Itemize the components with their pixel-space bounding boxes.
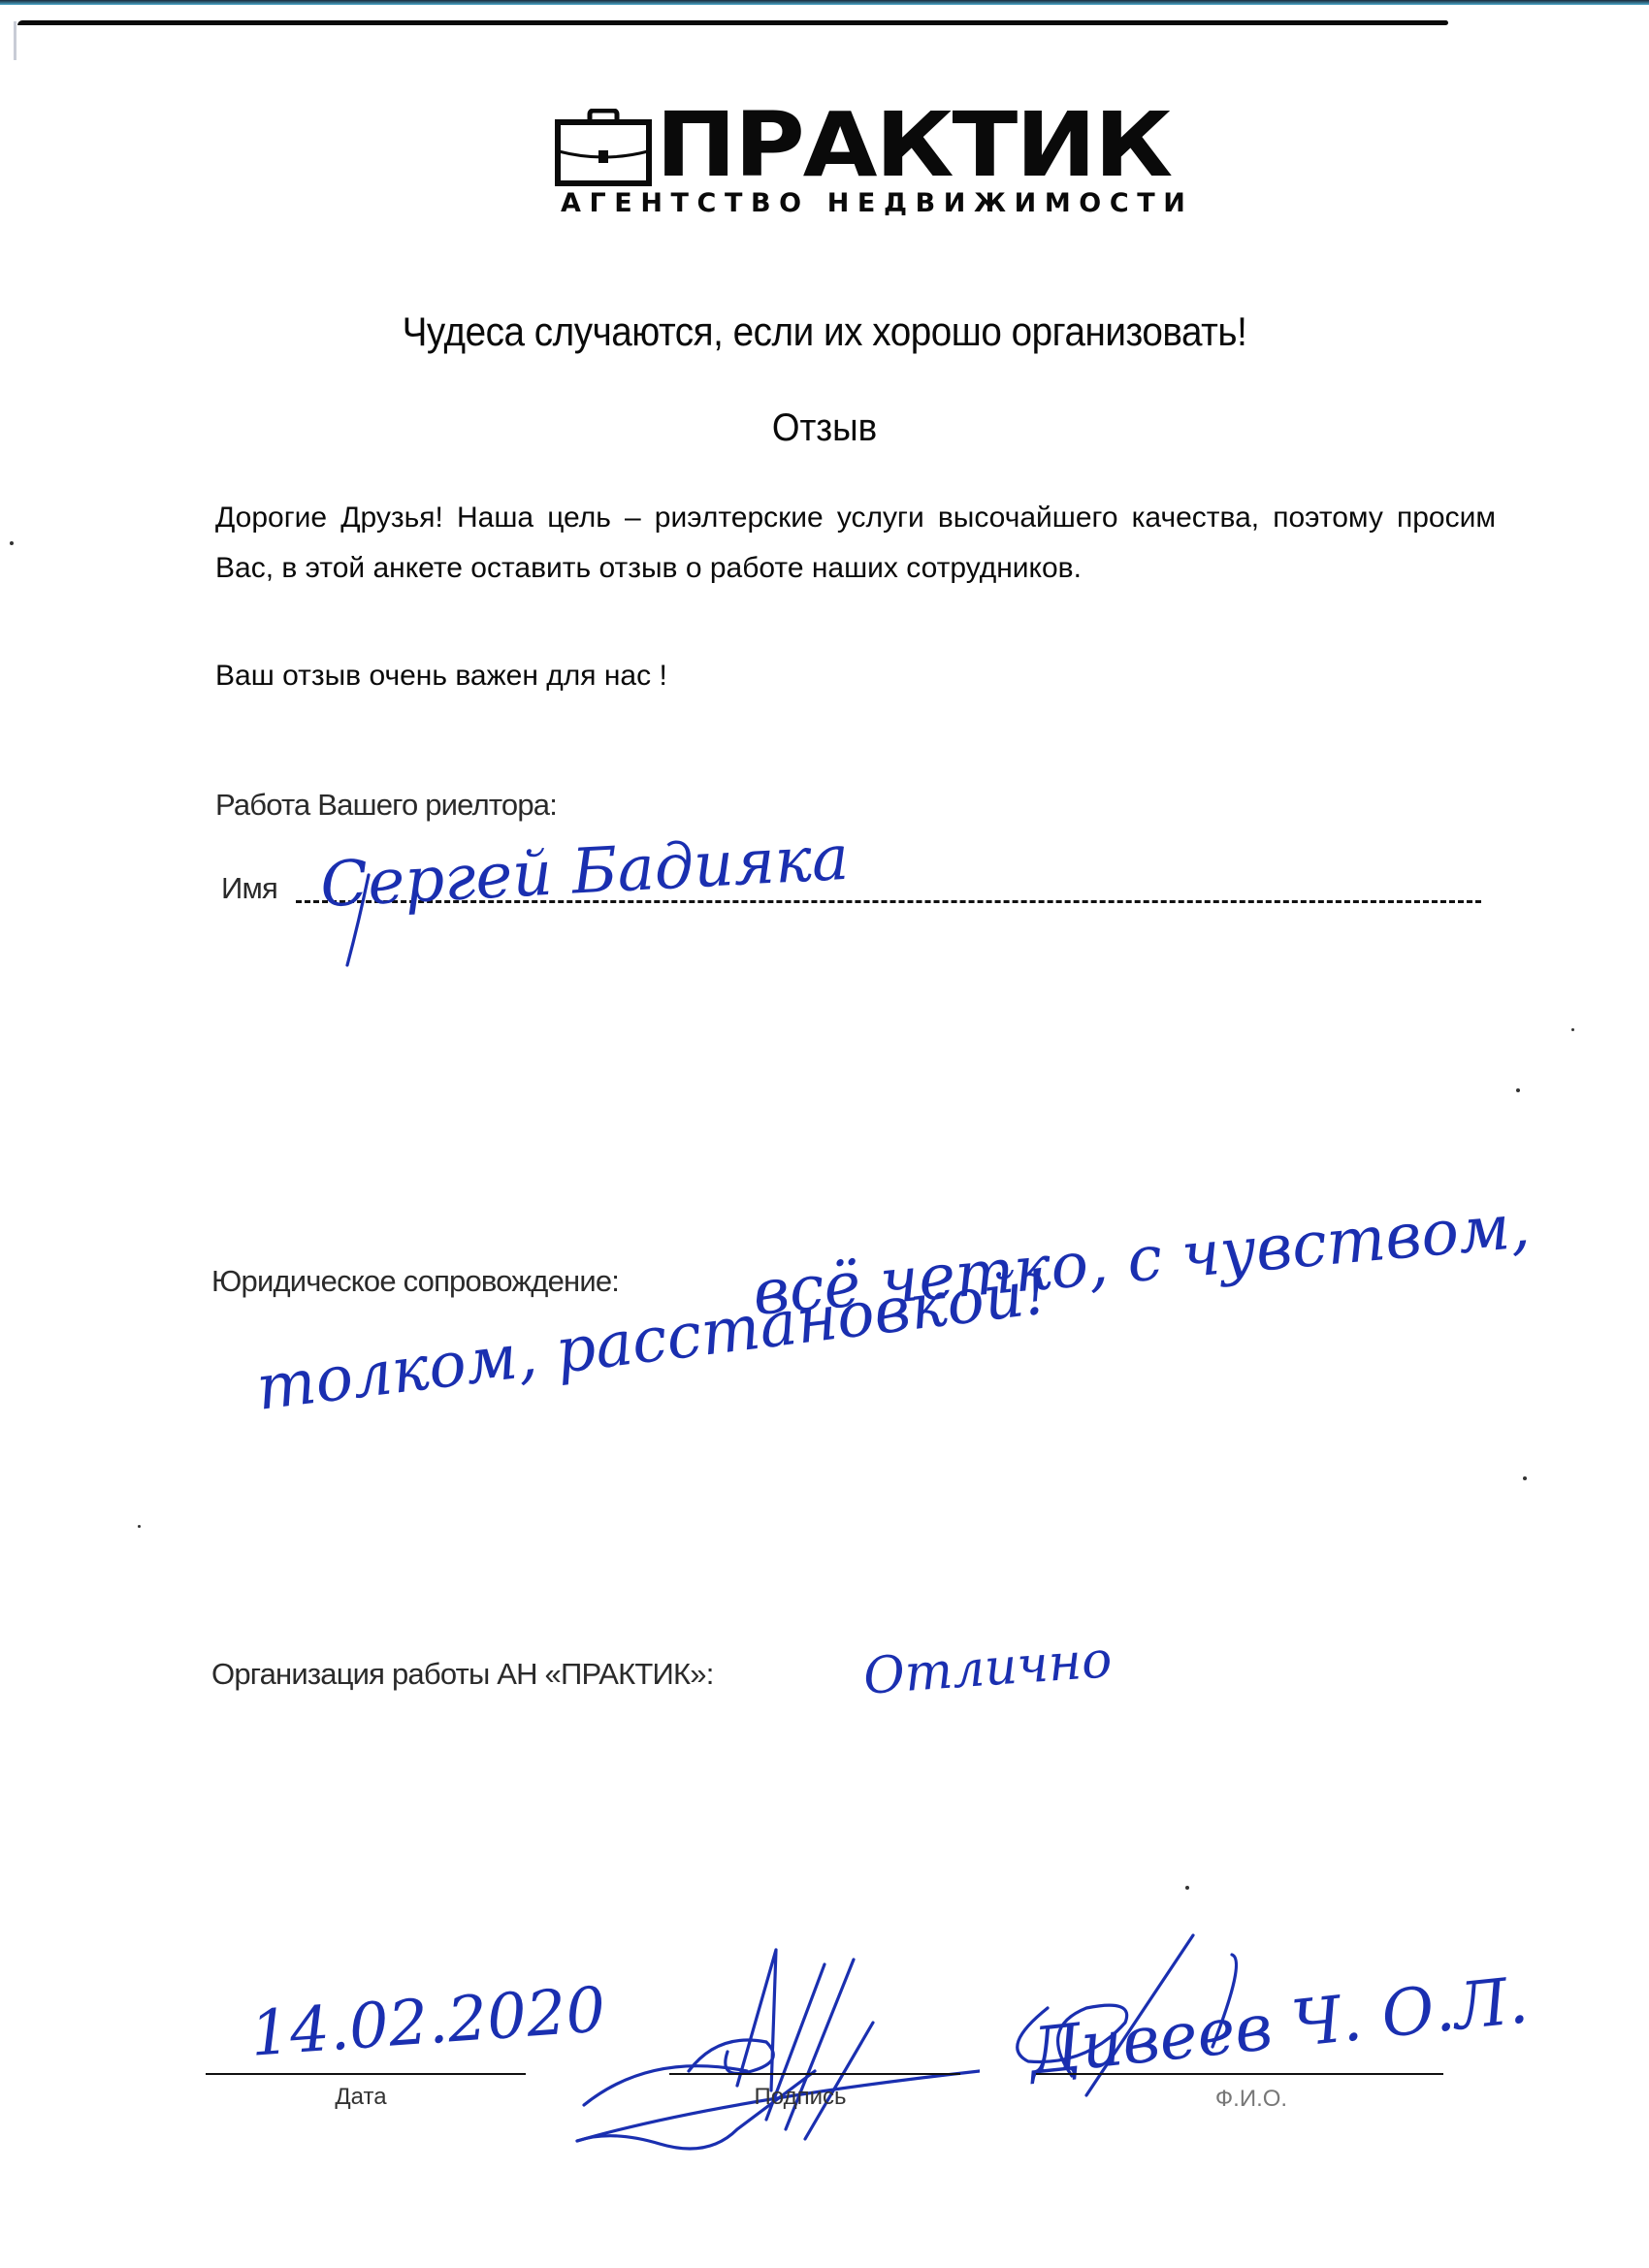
organization-handwritten-value: Отлично xyxy=(861,1631,1114,1706)
slogan: Чудеса случаются, если их хорошо организ… xyxy=(66,308,1583,355)
brand-name: ПРАКТИК xyxy=(656,101,1171,190)
scan-speck xyxy=(138,1525,141,1528)
company-logo: ПРАКТИК АГЕНТСТВО НЕДВИЖИМОСТИ xyxy=(555,101,1156,227)
date-caption: Дата xyxy=(303,2084,419,2111)
date-line[interactable] xyxy=(206,2073,526,2075)
fio-caption: Ф.И.О. xyxy=(1208,2086,1295,2113)
brand-subtitle: АГЕНТСТВО НЕДВИЖИМОСТИ xyxy=(561,188,1194,218)
scan-border-line xyxy=(17,20,1448,25)
scan-speck xyxy=(1571,1028,1574,1031)
signature-line[interactable] xyxy=(669,2073,960,2075)
fio-line[interactable] xyxy=(1036,2073,1443,2075)
signature-scribble[interactable] xyxy=(572,1935,980,2158)
scan-left-mark xyxy=(14,21,16,60)
intro-paragraph: Дорогие Друзья! Наша цель – риэлтерские … xyxy=(215,493,1496,594)
name-descender-stroke xyxy=(330,873,388,970)
scan-speck xyxy=(1516,1088,1520,1092)
realtor-section-label: Работа Вашего риелтора: xyxy=(215,788,557,823)
realtor-name-label: Имя xyxy=(221,871,277,906)
realtor-name-handwritten: Сергей Бадияка xyxy=(318,823,850,922)
scan-speck xyxy=(1185,1886,1189,1890)
legal-section-label: Юридическое сопровождение: xyxy=(211,1264,619,1299)
date-handwritten: 14.02.2020 xyxy=(248,1974,608,2070)
scan-speck xyxy=(1523,1476,1527,1480)
scan-top-edge xyxy=(0,0,1649,5)
intro-emphasis: Ваш отзыв очень важен для нас ! xyxy=(215,660,667,693)
document-title: Отзыв xyxy=(66,406,1583,450)
fio-flourish xyxy=(989,1930,1280,2105)
signature-caption: Подпись xyxy=(737,2084,863,2111)
scan-speck xyxy=(10,541,14,545)
briefcase-icon xyxy=(555,109,652,186)
organization-section-label: Организация работы АН «ПРАКТИК»: xyxy=(211,1657,714,1692)
